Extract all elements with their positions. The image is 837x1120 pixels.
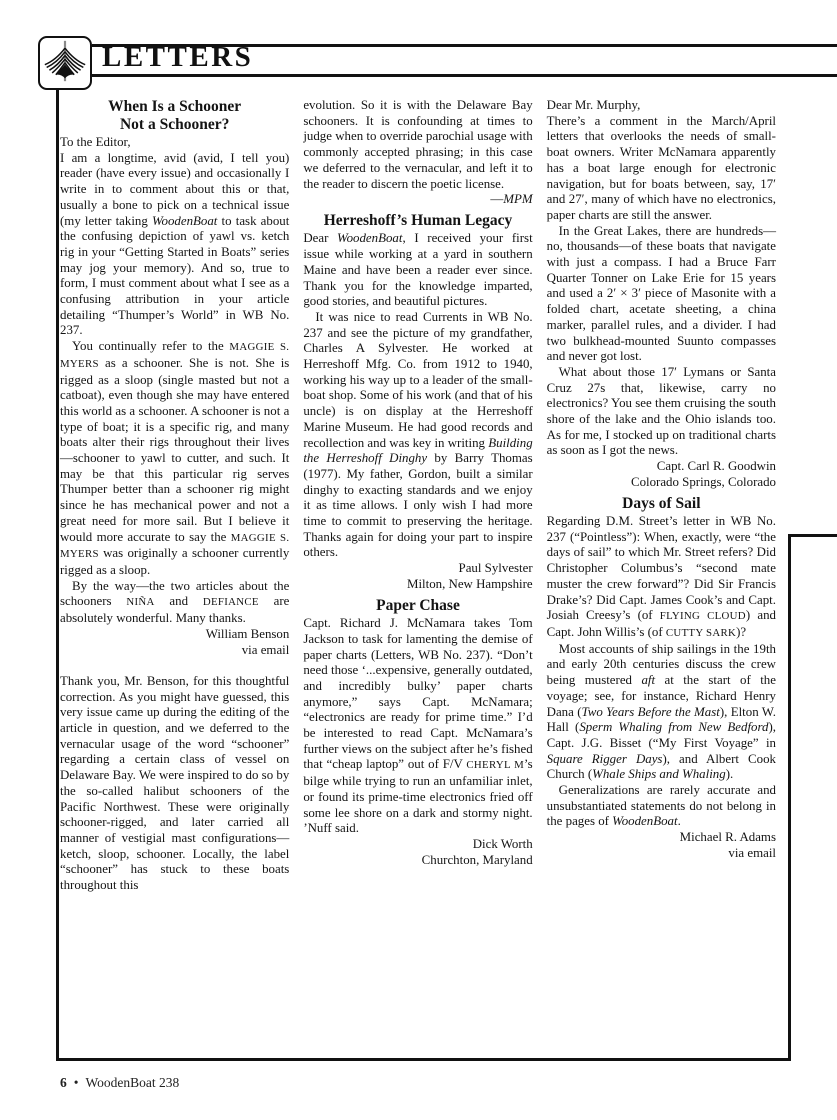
letter-paragraph: To the Editor, [60, 135, 289, 151]
letter-signature: Michael R. Adamsvia email [547, 830, 776, 861]
frame-bottom-rule [56, 1058, 791, 1061]
magazine-logo [38, 36, 92, 90]
boat-bow-icon [43, 39, 87, 88]
letter-heading: Herreshoff’s Human Legacy [303, 212, 532, 230]
column-1: When Is a SchoonerNot a Schooner?To the … [60, 98, 289, 894]
letter-paragraph: Most accounts of ship sailings in the 19… [547, 642, 776, 783]
letter-paragraph: Dear WoodenBoat, I received your first i… [303, 231, 532, 310]
letter-heading: Paper Chase [303, 597, 532, 615]
letter-signature: Dick WorthChurchton, Maryland [303, 837, 532, 868]
paragraph-gap [60, 658, 289, 674]
letter-paragraph: Regarding D.M. Street’s letter in WB No.… [547, 514, 776, 642]
letter-signature: —MPM [303, 192, 532, 208]
letter-paragraph: Dear Mr. Murphy, [547, 98, 776, 114]
letter-paragraph: evolution. So it is with the Delaware Ba… [303, 98, 532, 192]
letter-paragraph: There’s a comment in the March/April let… [547, 114, 776, 224]
column-3: Dear Mr. Murphy,There’s a comment in the… [547, 98, 776, 894]
letter-paragraph: It was nice to read Currents in WB No. 2… [303, 310, 532, 561]
letter-signature: Capt. Carl R. GoodwinColorado Springs, C… [547, 459, 776, 490]
letter-heading: When Is a SchoonerNot a Schooner? [60, 98, 289, 133]
letter-paragraph: What about those 17′ Lymans or Santa Cru… [547, 365, 776, 459]
section-title: LETTERS [102, 41, 253, 74]
frame-left-rule [56, 90, 59, 1060]
letters-columns: When Is a SchoonerNot a Schooner?To the … [60, 98, 776, 894]
letter-paragraph: By the way—the two articles about the sc… [60, 579, 289, 627]
footer-bullet: • [67, 1075, 86, 1090]
magazine-page: { "header": { "title": "LETTERS", "logo"… [0, 0, 837, 1120]
frame-right-rule [788, 534, 791, 1060]
letter-signature: Paul SylvesterMilton, New Hampshire [303, 561, 532, 592]
magazine-issue: WoodenBoat 238 [85, 1075, 179, 1090]
letter-paragraph: You continually refer to the MAGGIE S. M… [60, 339, 289, 579]
page-number: 6 [60, 1075, 67, 1090]
column-2: evolution. So it is with the Delaware Ba… [303, 98, 532, 894]
letter-paragraph: Thank you, Mr. Benson, for this thoughtf… [60, 674, 289, 894]
letter-paragraph: I am a longtime, avid (avid, I tell you)… [60, 151, 289, 339]
letter-paragraph: Generalizations are rarely accurate and … [547, 783, 776, 830]
letter-paragraph: Capt. Richard J. McNamara takes Tom Jack… [303, 616, 532, 837]
page-footer: 6•WoodenBoat 238 [60, 1075, 179, 1091]
frame-right-corner-rule [788, 534, 837, 537]
letter-paragraph: In the Great Lakes, there are hundreds—n… [547, 224, 776, 365]
letter-signature: William Bensonvia email [60, 627, 289, 658]
letter-heading: Days of Sail [547, 495, 776, 513]
header-rule-bottom [92, 74, 837, 77]
